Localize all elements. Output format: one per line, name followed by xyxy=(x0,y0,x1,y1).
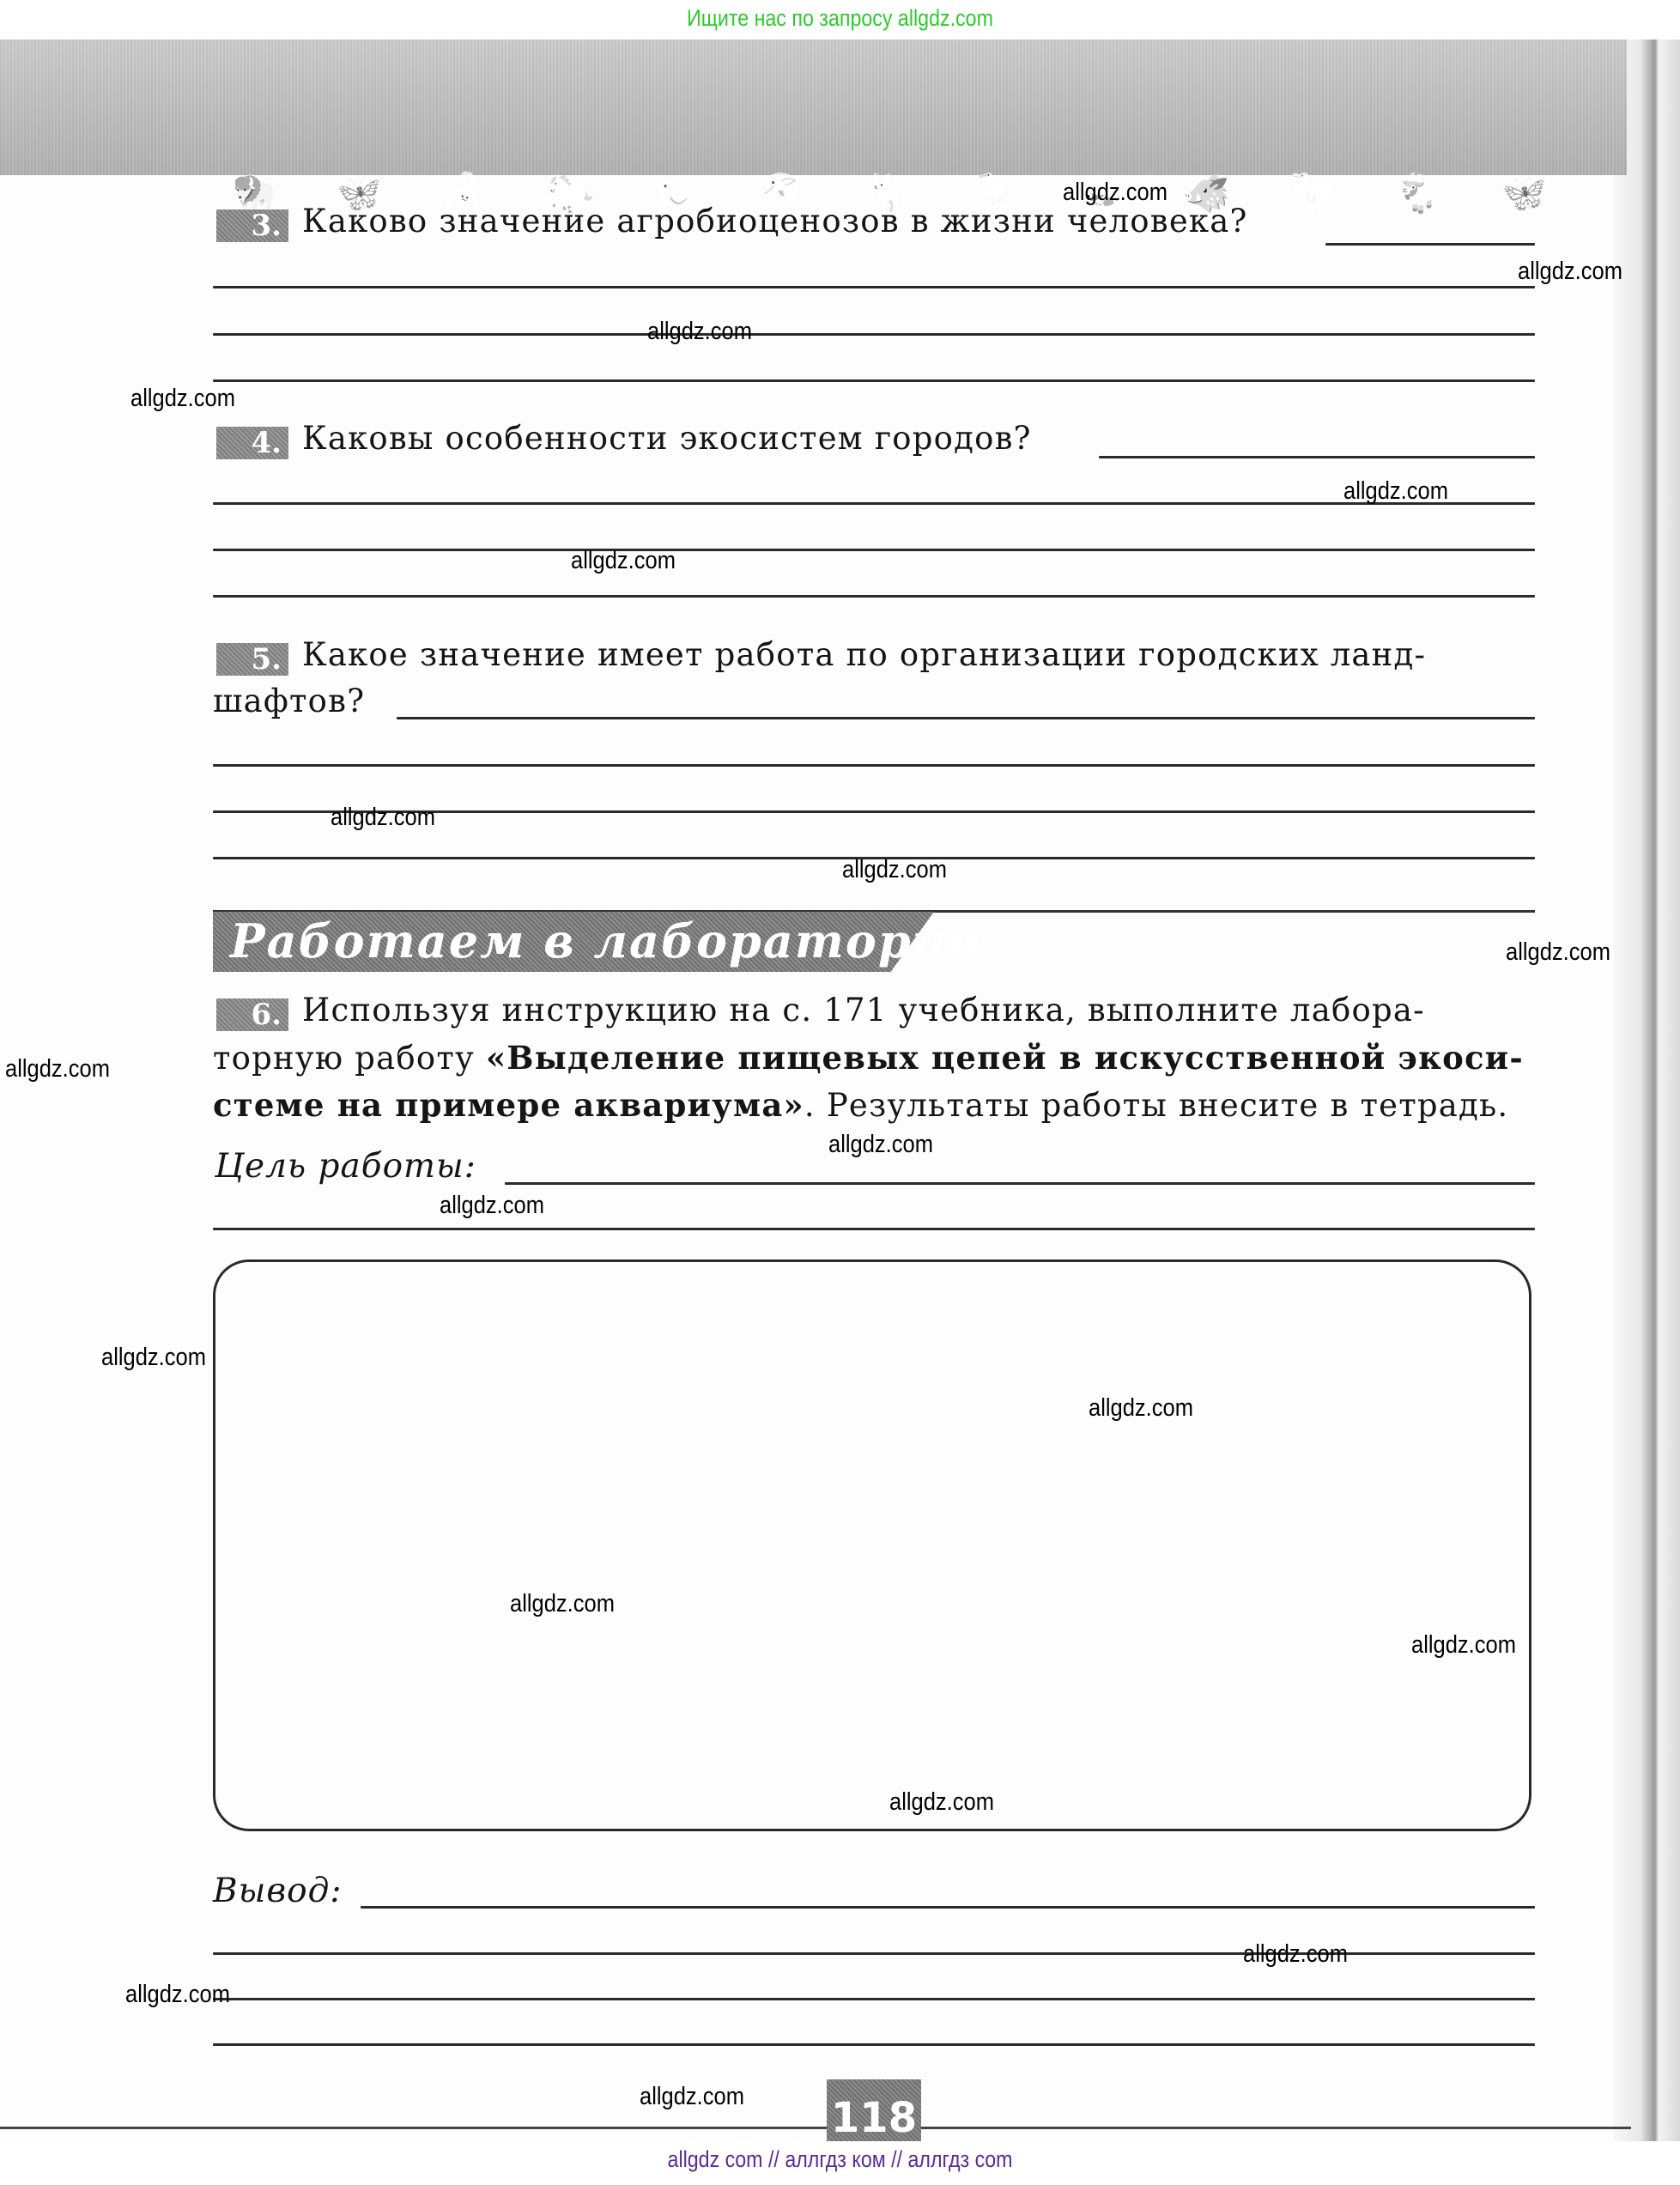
question-4-text: Каковы особенности экосистем городов? xyxy=(302,420,1032,457)
watermark: allgdz.com xyxy=(1506,938,1610,967)
answer-line[interactable] xyxy=(213,549,1535,551)
lab-section-title: Работаем в лаборатории xyxy=(230,913,983,968)
task-6-line2-plain: торную работу xyxy=(213,1040,486,1077)
watermark: allgdz.com xyxy=(510,1590,615,1618)
watermark: allgdz.com xyxy=(1089,1394,1193,1423)
goat-icon: 🐐 xyxy=(1388,173,1448,215)
task-6-line2: торную работу «Выделение пищевых цепей в… xyxy=(213,1039,1524,1077)
goal-label: Цель работы: xyxy=(215,1147,476,1186)
watermark: allgdz.com xyxy=(5,1055,110,1083)
goal-answer-line[interactable] xyxy=(505,1182,1535,1185)
answer-line[interactable] xyxy=(213,333,1535,336)
watermark: allgdz.com xyxy=(1518,258,1622,286)
header-band: 🦬🦋🦂🐎🐦🐬🦌🦩🦗🐗🦤🐐🦋 xyxy=(0,39,1627,175)
watermark: allgdz.com xyxy=(828,1131,933,1159)
task-6-number: 6. xyxy=(216,998,288,1031)
watermark: allgdz.com xyxy=(440,1192,544,1220)
answer-line[interactable] xyxy=(213,764,1535,767)
answer-line[interactable] xyxy=(1099,456,1535,458)
watermark: allgdz.com xyxy=(842,856,947,884)
conclusion-label: Вывод: xyxy=(213,1872,342,1910)
watermark: allgdz.com xyxy=(647,318,752,346)
task-6-line1: Используя инструкцию на с. 171 учебника,… xyxy=(302,992,1425,1029)
watermark: allgdz.com xyxy=(125,1981,230,2009)
bottom-watermark-banner: allgdz com // аллгдз ком // аллгдз com xyxy=(118,2146,1562,2173)
answer-line[interactable] xyxy=(1325,243,1535,246)
conclusion-answer-line[interactable] xyxy=(213,2043,1535,2046)
task-6-line3-plain: . Результаты работы внесите в тетрадь. xyxy=(804,1087,1508,1124)
conclusion-answer-line[interactable] xyxy=(361,1906,1535,1909)
page-curl-edge xyxy=(1614,39,1680,2141)
answer-line[interactable] xyxy=(213,379,1535,382)
answer-line[interactable] xyxy=(213,595,1535,598)
lab-work-box[interactable] xyxy=(213,1259,1531,1831)
top-watermark-banner: Ищите нас по запросу allgdz.com xyxy=(118,5,1562,32)
answer-line[interactable] xyxy=(397,717,1535,719)
watermark: allgdz.com xyxy=(331,804,435,832)
conclusion-answer-line[interactable] xyxy=(213,1998,1535,2000)
watermark: allgdz.com xyxy=(1343,477,1448,506)
question-3-text: Каково значение агробиоценозов в жизни ч… xyxy=(302,203,1248,240)
goal-answer-line[interactable] xyxy=(213,1228,1535,1230)
watermark: allgdz.com xyxy=(101,1344,206,1372)
footer-rule xyxy=(0,2127,1631,2129)
watermark: allgdz.com xyxy=(1243,1940,1348,1969)
watermark: allgdz.com xyxy=(130,385,235,413)
page-number: 118 xyxy=(827,2079,921,2141)
task-6-line3: стеме на примере аквариума». Результаты … xyxy=(213,1086,1508,1124)
watermark: allgdz.com xyxy=(1411,1631,1516,1660)
watermark: allgdz.com xyxy=(889,1788,994,1817)
ostrich-icon: 🦤 xyxy=(1282,173,1342,215)
watermark: allgdz.com xyxy=(1063,179,1168,207)
task-6-line2-bold: «Выделение пищевых цепей в искусственной… xyxy=(486,1039,1524,1077)
answer-line[interactable] xyxy=(213,286,1535,288)
watermark: allgdz.com xyxy=(571,547,676,575)
question-4-number: 4. xyxy=(216,427,288,459)
question-5-text-line1: Какое значение имеет работа по организац… xyxy=(302,636,1426,673)
task-6-line3-bold: стеме на примере аквариума» xyxy=(213,1086,804,1124)
butterfly-icon: 🦋 xyxy=(1494,173,1554,215)
watermark: allgdz.com xyxy=(640,2083,744,2111)
answer-line[interactable] xyxy=(213,502,1535,505)
question-5-number: 5. xyxy=(216,643,288,676)
question-3-number: 3. xyxy=(216,209,288,242)
question-5-text-line2: шафтов? xyxy=(213,683,365,719)
